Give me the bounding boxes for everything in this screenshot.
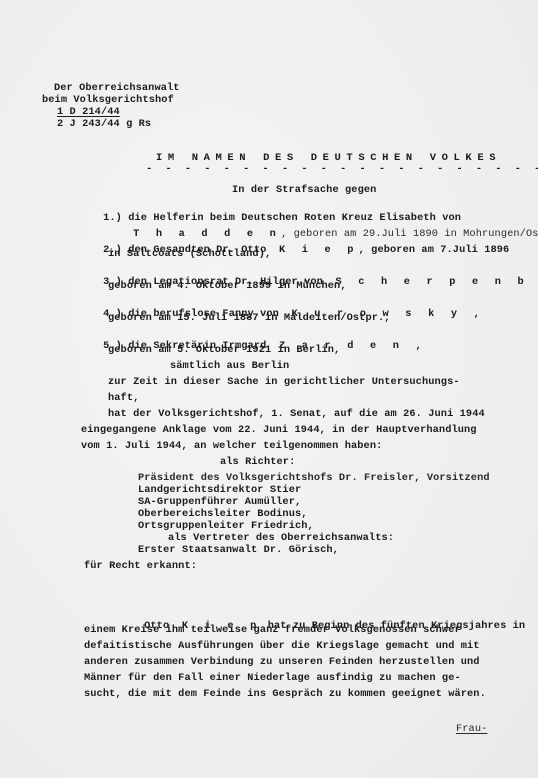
file-reference-2: 2 J 243/44 g Rs [57,118,151,130]
defendant-name: S c h e r p e n b e r g , [335,276,538,288]
defendant-4-line2: geboren am 15. Juli 1887 in Maldeiten/Os… [108,312,391,324]
intro-line: In der Strafsache gegen [232,184,376,196]
defendant-2-line2: in Saltcoats (Schottland), [108,248,271,260]
judge-4: Oberbereichsleiter Bodinus, [138,508,308,520]
verdict-line-2: einem Kreise ihm teilweise ganz fremder … [84,624,461,636]
judge-3: SA-Gruppenführer Aumüller, [138,496,301,508]
prosecutor-label: als Vertreter des Oberreichsanwalts: [168,532,394,544]
judges-label: als Richter: [220,456,295,468]
continuation-word: Frau- [456,723,487,735]
prosecutor: Erster Staatsanwalt Dr. Görisch, [138,544,339,556]
office-line-1: Der Oberreichsanwalt [54,82,180,94]
court-document-page: Der Oberreichsanwalt beim Volksgerichtsh… [0,0,538,778]
office-line-2: beim Volksgerichtshof [42,94,174,106]
verdict-line-4: anderen zusammen Verbindung zu unseren F… [84,656,480,668]
verdict-line-3: defaitistische Ausführungen über die Kri… [84,640,480,652]
defendant-name: K i e p [279,244,359,256]
custody-line-2: haft, [108,392,139,404]
custody-line-1: zur Zeit in dieser Sache in gerichtliche… [108,376,460,388]
verdict-intro: für Recht erkannt: [84,560,197,572]
judge-2: Landgerichtsdirektor Stier [138,484,301,496]
defendant-3-line2: geboren am 4. Oktober 1899 in München, [108,280,347,292]
judge-5: Ortsgruppenleiter Friedrich, [138,520,314,532]
court-line-3: vom 1. Juli 1944, an welcher teilgenomme… [81,440,382,452]
title-rule: - - - - - - - - - - - - - - - - - - - - … [146,163,538,175]
verdict-line-6: sucht, die mit dem Feinde ins Gespräch z… [84,688,486,700]
file-reference-1: 1 D 214/44 [57,106,120,118]
court-line-2: eingegangene Anklage vom 22. Juni 1944, … [81,424,477,436]
verdict-line-5: Männer für den Fall einer Niederlage aus… [84,672,461,684]
judge-1: Präsident des Volksgerichtshofs Dr. Frei… [138,472,490,484]
defendant-5-line2: geboren am 5. Oktober 1921 in Berlin, [108,344,340,356]
court-line-1: hat der Volksgerichtshof, 1. Senat, auf … [108,408,485,420]
all-from-line: sämtlich aus Berlin [170,360,289,372]
